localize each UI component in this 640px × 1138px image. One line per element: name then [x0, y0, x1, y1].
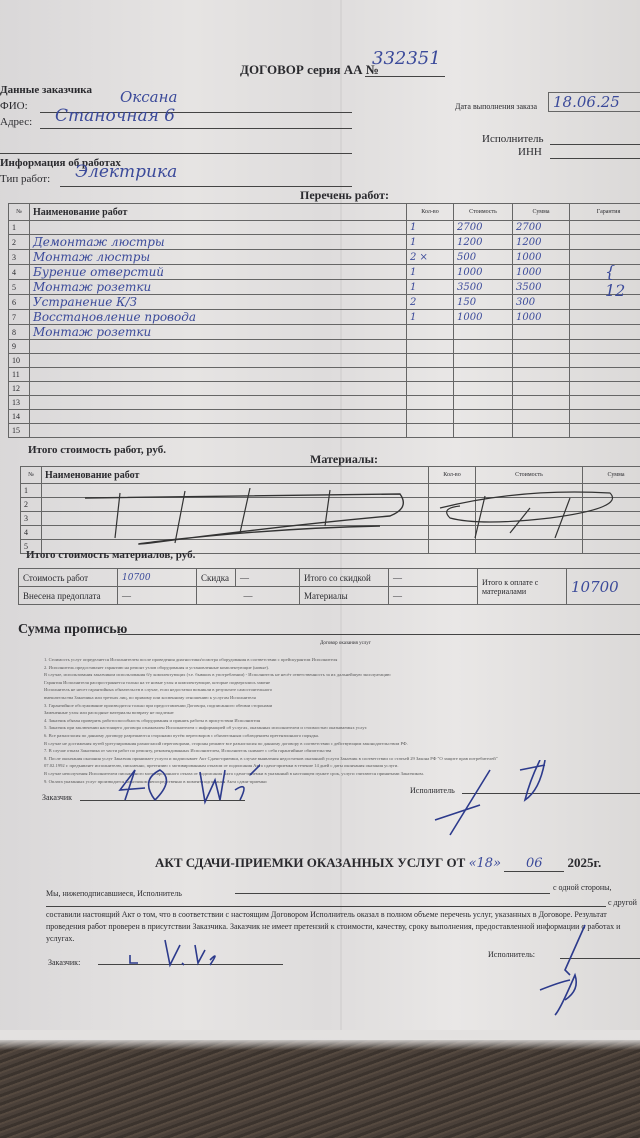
act-title: АКТ СДАЧИ-ПРИЕМКИ ОКАЗАННЫХ УСЛУГ ОТ «18… — [155, 855, 601, 872]
materials-value: — — [389, 587, 478, 605]
table-row: 13 — [9, 396, 640, 410]
col-name: Наименование работ — [30, 204, 407, 221]
cell-n: 14 — [9, 410, 30, 424]
cell-name: Бурение отверстий — [30, 265, 407, 280]
fio-label: ФИО: — [0, 100, 28, 112]
cell-sum — [513, 354, 570, 368]
cell-n: 3 — [9, 250, 30, 265]
cell-n: 2 — [21, 498, 42, 512]
cell-n: 1 — [21, 484, 42, 498]
cell-n: 13 — [9, 396, 30, 410]
cell-warranty — [570, 424, 640, 438]
works-total-label: Итого стоимость работ, руб. — [28, 444, 166, 456]
terms-line: Исполнитель не несет гарантийных обязате… — [44, 686, 640, 694]
cell-warranty — [570, 396, 640, 410]
cell-sum — [513, 368, 570, 382]
cell-price — [454, 410, 513, 424]
cell-name — [30, 354, 407, 368]
cell-qty: 1 — [407, 221, 454, 235]
works-cost-label: Стоимость работ — [19, 569, 118, 587]
cell-price — [454, 382, 513, 396]
cell-name: Монтаж розетки — [30, 280, 407, 295]
cell-n: 4 — [9, 265, 30, 280]
act-title-text: АКТ СДАЧИ-ПРИЕМКИ ОКАЗАННЫХ УСЛУГ ОТ — [155, 855, 465, 870]
table-row: 9 — [9, 340, 640, 354]
cell-qty: 1 — [407, 310, 454, 325]
terms-line: 5. Заказчик при заключении настоящего до… — [44, 724, 640, 732]
terms-line: 7. В случае отказа Заказчика от части ра… — [44, 747, 640, 755]
cell-name — [30, 396, 407, 410]
work-type-value: Электрика — [75, 162, 177, 182]
materials-label: Материалы — [300, 587, 389, 605]
work-type-label: Тип работ: — [0, 173, 50, 185]
table-row: 14 — [9, 410, 640, 424]
cell-name — [30, 382, 407, 396]
cell-n: 4 — [21, 526, 42, 540]
cell-warranty — [570, 410, 640, 424]
cell-sum: 3500 — [513, 280, 570, 295]
cell-qty — [407, 410, 454, 424]
cell-qty — [407, 354, 454, 368]
cell-sum — [513, 340, 570, 354]
total-discount-value: — — [389, 569, 478, 587]
cell-name: Устранение К/З — [30, 295, 407, 310]
act-executor-signature — [510, 920, 610, 1020]
cell-qty: 1 — [407, 235, 454, 250]
cell-sum: 1000 — [513, 265, 570, 280]
cell-sum — [513, 410, 570, 424]
materials-title: Материалы: — [310, 452, 378, 467]
cell-name — [30, 221, 407, 235]
table-row: 15 — [9, 424, 640, 438]
cell-qty: 1 — [407, 265, 454, 280]
cell-sum — [513, 382, 570, 396]
cell-qty: 2 × — [407, 250, 454, 265]
executor-label: Исполнитель — [482, 133, 544, 145]
cell-qty: 1 — [407, 280, 454, 295]
act-day: «18» — [469, 856, 501, 871]
total-pay-value: 10700 — [567, 569, 640, 605]
cell-warranty — [570, 310, 640, 325]
cell-warranty — [570, 354, 640, 368]
cell-name — [30, 424, 407, 438]
date-label: Дата выполнения заказа — [455, 102, 537, 111]
cell-name — [30, 368, 407, 382]
col-num: № — [9, 204, 30, 221]
cell-price: 500 — [454, 250, 513, 265]
customer-section-title: Данные заказчика — [0, 84, 92, 96]
cell-price — [454, 368, 513, 382]
contract-title: ДОГОВОР серия АА № — [240, 62, 379, 78]
works-cost-value: 10700 — [118, 569, 197, 587]
cell-price: 2700 — [454, 221, 513, 235]
mat-col-qty: Кол-во — [429, 467, 476, 484]
terms-line: вмешательства Заказчика или третьих лиц,… — [44, 694, 640, 702]
summary-table: Стоимость работ 10700 Скидка — Итого со … — [18, 568, 640, 605]
table-row: 6Устранение К/З2150300 — [9, 295, 640, 310]
terms-customer-label: Заказчик — [42, 793, 72, 802]
cell-warranty — [570, 221, 640, 235]
col-warranty: Гарантия — [570, 204, 640, 221]
works-table: № Наименование работ Кол-во Стоимость Су… — [8, 203, 640, 438]
table-row: 12 — [9, 382, 640, 396]
prepayment-label: Внесена предоплата — [19, 587, 118, 605]
mat-col-sum: Сумма — [583, 467, 640, 484]
cell-sum: 300 — [513, 295, 570, 310]
cell-n: 8 — [9, 325, 30, 340]
table-row: 1127002700 — [9, 221, 640, 235]
table-row: 3Монтаж люстры2 ×5001000 — [9, 250, 640, 265]
works-title: Перечень работ: — [300, 188, 389, 203]
table-row: 5Монтаж розетки135003500 — [9, 280, 640, 295]
act-customer-signature — [110, 935, 230, 970]
act-line1-suffix: с одной стороны, — [553, 883, 612, 892]
address-label: Адрес: — [0, 116, 32, 128]
cell-price: 1200 — [454, 235, 513, 250]
cell-qty — [407, 382, 454, 396]
cell-price — [454, 354, 513, 368]
table-row: 4Бурение отверстий110001000 — [9, 265, 640, 280]
mat-col-num: № — [21, 467, 42, 484]
cell-sum: 2700 — [513, 221, 570, 235]
col-sum: Сумма — [513, 204, 570, 221]
cell-price — [454, 340, 513, 354]
cell-sum: 1000 — [513, 310, 570, 325]
cell-name: Монтаж люстры — [30, 250, 407, 265]
cell-name: Монтаж розетки — [30, 325, 407, 340]
prepayment-value: — — [118, 587, 197, 605]
mat-col-name: Наименование работ — [42, 467, 429, 484]
col-price: Стоимость — [454, 204, 513, 221]
terms-line: 3. Гарантийное обслуживание производится… — [44, 702, 640, 710]
cell-n: 12 — [9, 382, 30, 396]
cell-warranty — [570, 340, 640, 354]
act-line1-prefix: Мы, нижеподписавшиеся, Исполнитель — [46, 889, 182, 898]
cell-price — [454, 325, 513, 340]
terms-line: 6. Все разногласия по данному договору р… — [44, 732, 640, 740]
total-discount-label: Итого со скидкой — [300, 569, 389, 587]
cell-name: Демонтаж люстры — [30, 235, 407, 250]
cell-name: Восстановление провода — [30, 310, 407, 325]
inn-label: ИНН — [518, 146, 542, 158]
cell-n: 3 — [21, 512, 42, 526]
cell-price: 3500 — [454, 280, 513, 295]
amount-words-label: Сумма прописью — [18, 622, 127, 638]
table-row: 11 — [9, 368, 640, 382]
cell-sum: 1200 — [513, 235, 570, 250]
total-pay-label: Итого к оплате с материалами — [478, 569, 567, 605]
prepayment-extra: — — [197, 587, 300, 605]
date-value: 18.06.25 — [548, 92, 640, 112]
cell-name — [30, 340, 407, 354]
cell-qty — [407, 424, 454, 438]
terms-line: 2. Исполнитель предоставляет гарантию на… — [44, 664, 640, 672]
act-month: 06 — [504, 856, 564, 872]
cell-qty — [407, 325, 454, 340]
cell-n: 1 — [9, 221, 30, 235]
table-row: 8Монтаж розетки — [9, 325, 640, 340]
executor-signature — [420, 760, 570, 845]
cell-price — [454, 396, 513, 410]
cell-sum — [513, 396, 570, 410]
act-customer-label: Заказчик: — [48, 958, 80, 967]
contract-number: 332351 — [372, 48, 441, 69]
cell-n: 7 — [9, 310, 30, 325]
mat-col-price: Стоимость — [476, 467, 583, 484]
terms-line: В случае не достижения путей урегулирова… — [44, 740, 640, 748]
customer-signature — [100, 760, 260, 810]
terms-line: 1. Стоимость услуг определяется Исполнит… — [44, 656, 640, 664]
cell-warranty — [570, 382, 640, 396]
cell-qty — [407, 368, 454, 382]
act-line2-suffix: с другой — [608, 898, 637, 907]
contract-title-text: ДОГОВОР серия АА № — [240, 62, 379, 77]
cell-sum — [513, 424, 570, 438]
col-qty: Кол-во — [407, 204, 454, 221]
terms-heading: Договор оказания услуг — [320, 641, 371, 646]
cell-n: 6 — [9, 295, 30, 310]
cell-n: 5 — [9, 280, 30, 295]
cell-qty — [407, 340, 454, 354]
discount-value: — — [236, 569, 300, 587]
carpet-background — [0, 1040, 640, 1138]
table-row: 2Демонтаж люстры112001200 — [9, 235, 640, 250]
table-row: 10 — [9, 354, 640, 368]
warranty-note: { 12 — [605, 262, 640, 300]
cell-name — [30, 410, 407, 424]
table-row: 7Восстановление провода110001000 — [9, 310, 640, 325]
cell-price — [454, 424, 513, 438]
cell-sum: 1000 — [513, 250, 570, 265]
cell-warranty — [570, 325, 640, 340]
cell-warranty — [570, 235, 640, 250]
terms-line: Гарантия Исполнителя распространяется то… — [44, 679, 640, 687]
fio-value: Оксана — [120, 88, 177, 106]
cell-n: 15 — [9, 424, 30, 438]
cell-n: 9 — [9, 340, 30, 354]
cell-n: 2 — [9, 235, 30, 250]
cell-sum — [513, 325, 570, 340]
materials-total-label: Итого стоимость материалов, руб. — [26, 549, 195, 561]
discount-label: Скидка — [197, 569, 236, 587]
cell-price: 150 — [454, 295, 513, 310]
cell-qty — [407, 396, 454, 410]
cell-price: 1000 — [454, 265, 513, 280]
act-year: 2025г. — [568, 855, 602, 870]
cell-n: 11 — [9, 368, 30, 382]
terms-line: В случае, использования заказчиком испол… — [44, 671, 640, 679]
address-value: Станочная 6 — [55, 106, 175, 126]
terms-line: Замененные узлы или расходные материалы … — [44, 709, 640, 717]
cell-price: 1000 — [454, 310, 513, 325]
cell-qty: 2 — [407, 295, 454, 310]
materials-crossout-scribble — [80, 488, 620, 548]
paper-edge — [0, 1030, 640, 1050]
cell-warranty — [570, 368, 640, 382]
terms-line: 4. Заказчик обязан проверить работоспосо… — [44, 717, 640, 725]
cell-n: 10 — [9, 354, 30, 368]
